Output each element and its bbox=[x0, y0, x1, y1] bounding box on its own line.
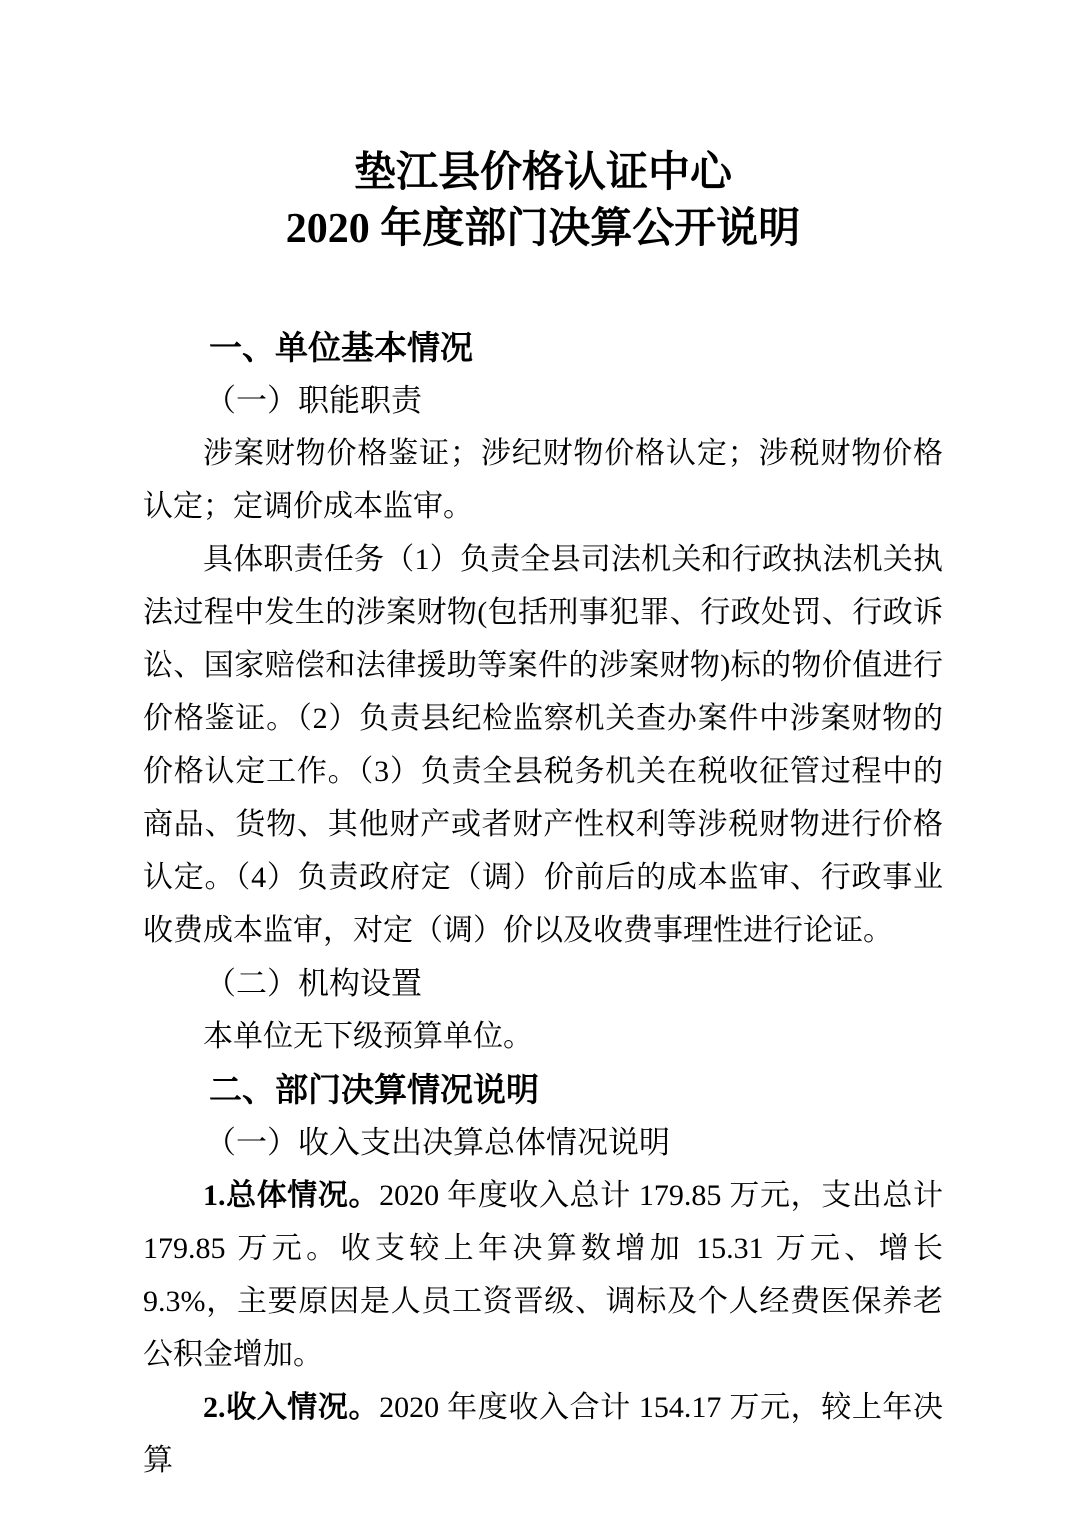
body-paragraph: 具体职责任务（1）负责全县司法机关和行政执法机关执法过程中发生的涉案财物(包括刑… bbox=[143, 533, 943, 957]
body-paragraph: 涉案财物价格鉴证；涉纪财物价格认定；涉税财物价格认定；定调价成本监审。 bbox=[143, 427, 943, 533]
body-paragraph: 2.收入情况。2020 年度收入合计 154.17 万元，较上年决算 bbox=[143, 1381, 943, 1487]
paragraph-lead: 2.收入情况。 bbox=[203, 1391, 379, 1424]
section-heading: 一、单位基本情况 bbox=[143, 321, 943, 374]
title-line-1: 垫江县价格认证中心 bbox=[143, 145, 943, 201]
subsection-heading: （一）收入支出决算总体情况说明 bbox=[143, 1116, 943, 1169]
document-page: 垫江县价格认证中心 2020 年度部门决算公开说明 一、单位基本情况（一）职能职… bbox=[0, 0, 1074, 1520]
subsection-heading: （一）职能职责 bbox=[143, 374, 943, 427]
title-line-2: 2020 年度部门决算公开说明 bbox=[143, 201, 943, 257]
body-paragraph: 本单位无下级预算单位。 bbox=[143, 1010, 943, 1063]
document-title: 垫江县价格认证中心 2020 年度部门决算公开说明 bbox=[143, 145, 943, 257]
body-paragraph: 1.总体情况。2020 年度收入总计 179.85 万元，支出总计 179.85… bbox=[143, 1169, 943, 1381]
subsection-heading: （二）机构设置 bbox=[143, 957, 943, 1010]
paragraph-lead: 1.总体情况。 bbox=[203, 1179, 379, 1212]
document-content: 垫江县价格认证中心 2020 年度部门决算公开说明 一、单位基本情况（一）职能职… bbox=[0, 145, 1074, 1487]
document-body: 一、单位基本情况（一）职能职责涉案财物价格鉴证；涉纪财物价格认定；涉税财物价格认… bbox=[143, 321, 943, 1487]
section-heading: 二、部门决算情况说明 bbox=[143, 1063, 943, 1116]
